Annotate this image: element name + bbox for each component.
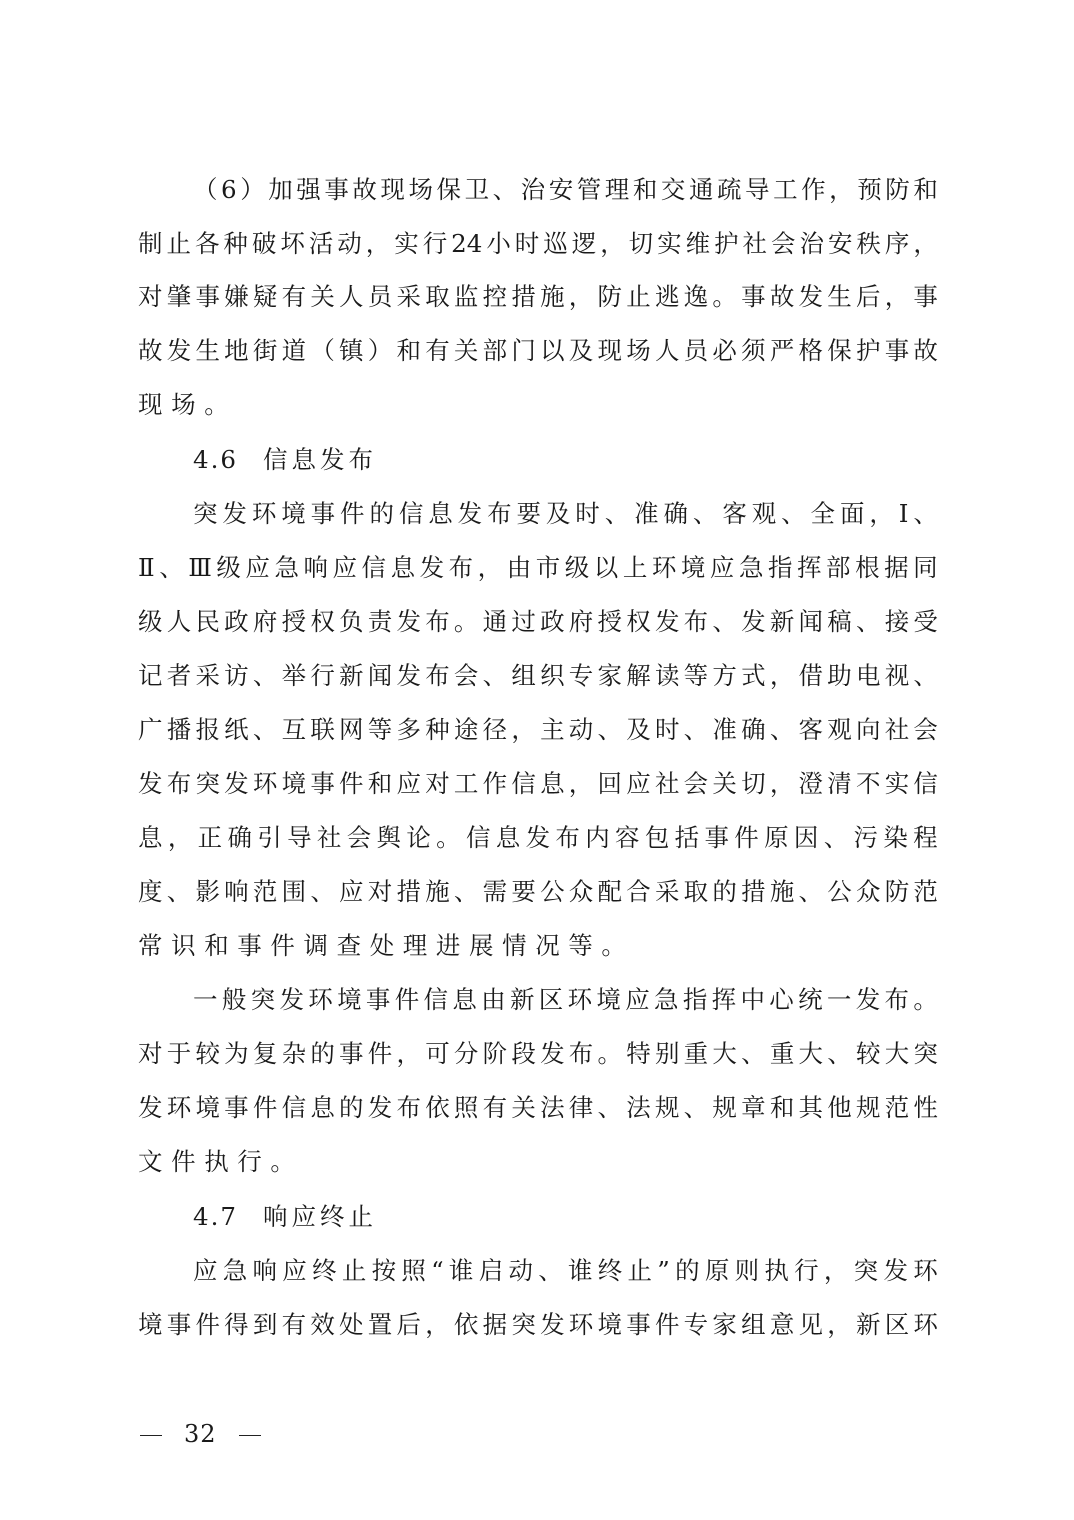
section-heading-4-7: 4.7响应终止 <box>193 1197 377 1237</box>
page-footer: 32 <box>140 1416 261 1452</box>
paragraph-line: 对于较为复杂的事件，可分阶段发布。特别重大、重大、较大突 <box>138 1034 938 1074</box>
paragraph-line: 广播报纸、互联网等多种途径，主动、及时、准确、客观向社会 <box>138 710 938 750</box>
section-title: 响应终止 <box>263 1202 377 1231</box>
section-title: 信息发布 <box>263 445 377 474</box>
paragraph-line: 故发生地街道（镇）和有关部门以及现场人员必须严格保护事故 <box>138 331 938 371</box>
paragraph-line: （6）加强事故现场保卫、治安管理和交通疏导工作，预防和 <box>193 170 938 210</box>
paragraph-line: Ⅱ、Ⅲ级应急响应信息发布，由市级以上环境应急指挥部根据同 <box>138 548 938 588</box>
section-number: 4.7 <box>193 1197 263 1237</box>
paragraph-line: 常识和事件调查处理进展情况等。 <box>138 926 938 966</box>
paragraph-line: 发布突发环境事件和应对工作信息，回应社会关切，澄清不实信 <box>138 764 938 804</box>
paragraph-line: 度、影响范围、应对措施、需要公众配合采取的措施、公众防范 <box>138 872 938 912</box>
paragraph-line: 现场。 <box>138 385 938 425</box>
paragraph-line: 应急响应终止按照“谁启动、谁终止”的原则执行，突发环 <box>193 1251 938 1291</box>
section-heading-4-6: 4.6信息发布 <box>193 440 377 480</box>
section-number: 4.6 <box>193 440 263 480</box>
paragraph-line: 境事件得到有效处置后，依据突发环境事件专家组意见，新区环 <box>138 1305 938 1345</box>
paragraph-line: 文件执行。 <box>138 1142 938 1182</box>
paragraph-line: 突发环境事件的信息发布要及时、准确、客观、全面，Ⅰ、 <box>193 494 938 534</box>
paragraph-line: 一般突发环境事件信息由新区环境应急指挥中心统一发布。 <box>193 980 938 1020</box>
page-number: 32 <box>184 1416 217 1452</box>
paragraph-line: 发环境事件信息的发布依照有关法律、法规、规章和其他规范性 <box>138 1088 938 1128</box>
paragraph-line: 制止各种破坏活动，实行24小时巡逻，切实维护社会治安秩序， <box>138 224 938 264</box>
paragraph-line: 息，正确引导社会舆论。信息发布内容包括事件原因、污染程 <box>138 818 938 858</box>
paragraph-line: 对肇事嫌疑有关人员采取监控措施，防止逃逸。事故发生后，事 <box>138 277 938 317</box>
footer-dash-right <box>239 1435 261 1436</box>
paragraph-line: 级人民政府授权负责发布。通过政府授权发布、发新闻稿、接受 <box>138 602 938 642</box>
paragraph-line: 记者采访、举行新闻发布会、组织专家解读等方式，借助电视、 <box>138 656 938 696</box>
document-page: （6）加强事故现场保卫、治安管理和交通疏导工作，预防和 制止各种破坏活动，实行2… <box>0 0 1074 1520</box>
footer-dash-left <box>140 1435 162 1436</box>
